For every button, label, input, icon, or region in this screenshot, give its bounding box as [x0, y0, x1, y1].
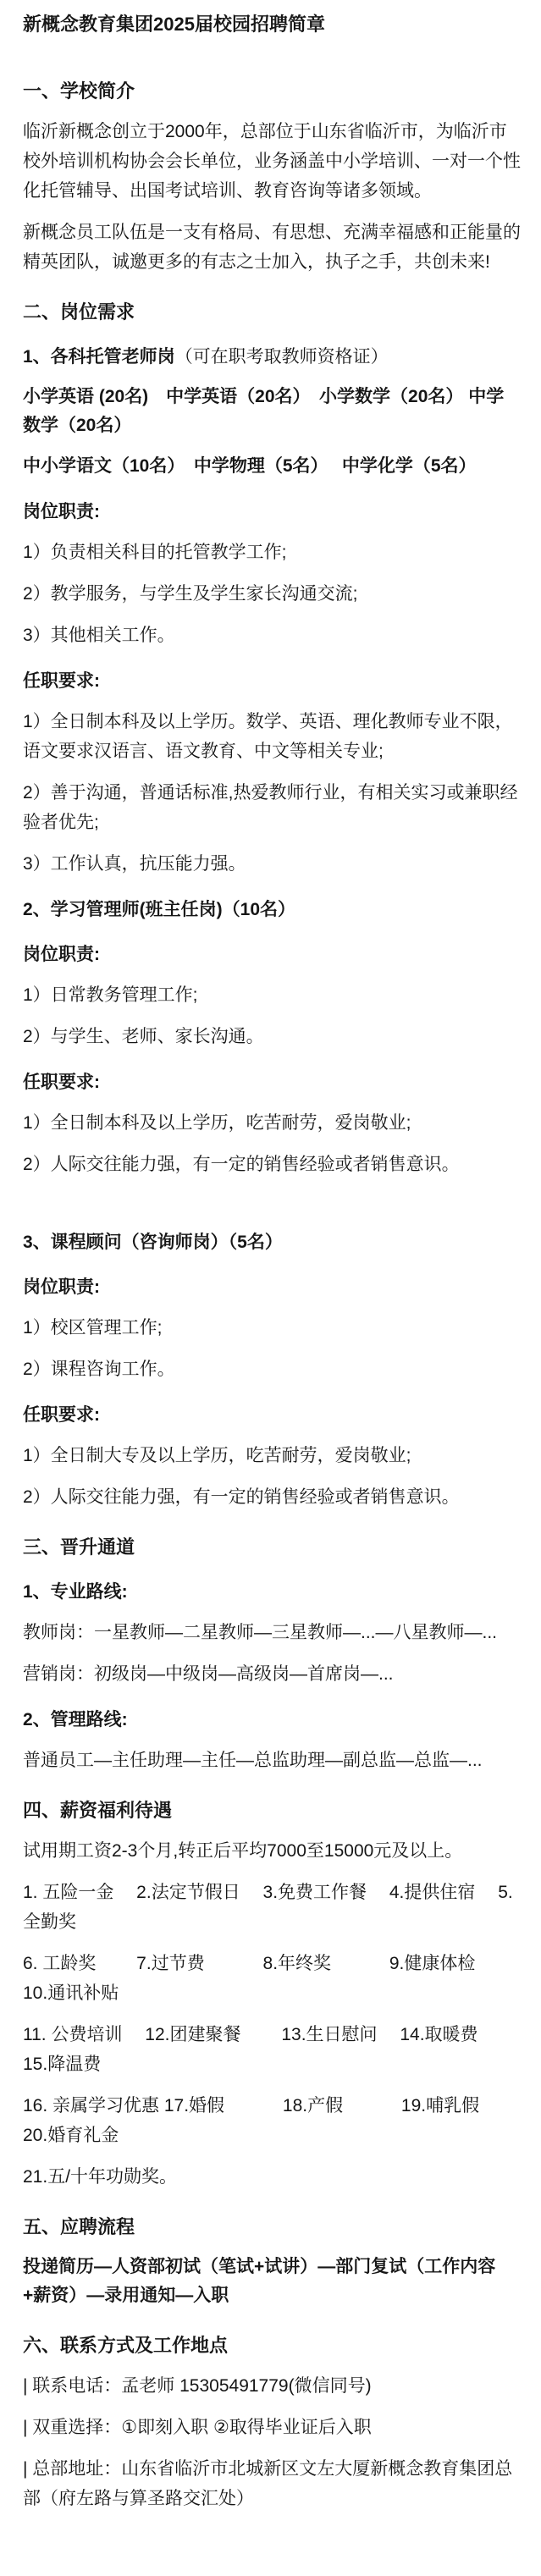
duty-item: 3）其他相关工作。: [23, 621, 521, 650]
duty-item: 2）与学生、老师、家长沟通。: [23, 1022, 521, 1051]
section-heading-hiring-process: 五、应聘流程: [23, 2214, 521, 2241]
benefit-line: 21.五/十年功勋奖。: [23, 2162, 521, 2192]
hiring-process-line: 投递简历—人资部初试（笔试+试讲）—部门复试（工作内容+薪资）—录用通知—入职: [23, 2253, 521, 2310]
requirement-item: 2）人际交往能力强，有一定的销售经验或者销售意识。: [23, 1482, 521, 1512]
section-heading-contact: 六、联系方式及工作地点: [23, 2332, 521, 2359]
benefit-line: 11. 公费培训 12.团建聚餐 13.生日慰问 14.取暖费 15.降温费: [23, 2020, 521, 2079]
duties-label: 岗位职责:: [23, 1273, 521, 1301]
promotion-route-label: 2、管理路线:: [23, 1706, 521, 1734]
section-heading-promotion: 三、晋升通道: [23, 1534, 521, 1561]
job-heading-tutor: 1、各科托管老师岗（可在职考取教师资格证）: [23, 343, 521, 371]
intro-paragraph: 新概念员工队伍是一支有格局、有思想、充满幸福感和正能量的精英团队，诚邀更多的有志…: [23, 218, 521, 277]
promotion-path-line: 教师岗：一星教师—二星教师—三星教师—...—八星教师—...: [23, 1618, 521, 1647]
document-title: 新概念教育集团2025届校园招聘简章: [23, 12, 521, 37]
duties-label: 岗位职责:: [23, 940, 521, 968]
duty-item: 1）校区管理工作;: [23, 1313, 521, 1343]
requirement-item: 1）全日制本科及以上学历，吃苦耐劳，爱岗敬业;: [23, 1108, 521, 1138]
position-quota-line: 中小学语文（10名） 中学物理（5名） 中学化学（5名）: [23, 452, 521, 481]
duty-item: 2）课程咨询工作。: [23, 1354, 521, 1384]
requirements-label: 任职要求:: [23, 1401, 521, 1429]
duty-item: 1）日常教务管理工作;: [23, 980, 521, 1010]
duty-item: 2）教学服务，与学生及学生家长沟通交流;: [23, 579, 521, 609]
subheading-bold-text: 1、各科托管老师岗: [23, 347, 175, 367]
intro-paragraph: 临沂新概念创立于2000年，总部位于山东省临沂市，为临沂市校外培训机构协会会长单…: [23, 117, 521, 206]
document-body: 一、学校简介临沂新概念创立于2000年，总部位于山东省临沂市，为临沂市校外培训机…: [23, 78, 521, 2513]
job-heading-course-consultant: 3、课程顾问（咨询师岗）（5名）: [23, 1228, 521, 1256]
requirements-label: 任职要求:: [23, 1068, 521, 1096]
duty-item: 1）负责相关科目的托管教学工作;: [23, 538, 521, 567]
benefit-line: 6. 工龄奖 7.过节费 8.年终奖 9.健康体检 10.通讯补贴: [23, 1949, 521, 2008]
requirement-item: 1）全日制本科及以上学历。数学、英语、理化教师专业不限，语文要求汉语言、语文教育…: [23, 707, 521, 766]
contact-address-line: | 总部地址：山东省临沂市北城新区文左大厦新概念教育集团总部（府左路与算圣路交汇…: [23, 2454, 521, 2513]
promotion-path-line: 营销岗：初级岗—中级岗—高级岗—首席岗—...: [23, 1659, 521, 1689]
requirement-item: 3）工作认真，抗压能力强。: [23, 849, 521, 879]
contact-choice-line: | 双重选择：①即刻入职 ②取得毕业证后入职: [23, 2413, 521, 2442]
section-heading-salary-benefits: 四、薪资福利待遇: [23, 1797, 521, 1824]
contact-phone-line: | 联系电话：孟老师 15305491779(微信同号): [23, 2371, 521, 2401]
promotion-route-label: 1、专业路线:: [23, 1578, 521, 1606]
requirement-item: 1）全日制大专及以上学历，吃苦耐劳，爱岗敬业;: [23, 1441, 521, 1470]
position-quota-line: 小学英语 (20名) 中学英语（20名） 小学数学（20名） 中学数学（20名）: [23, 383, 521, 440]
benefit-line: 1. 五险一金 2.法定节假日 3.免费工作餐 4.提供住宿 5.全勤奖: [23, 1878, 521, 1937]
benefit-line: 16. 亲属学习优惠 17.婚假 18.产假 19.哺乳假 20.婚育礼金: [23, 2091, 521, 2150]
promotion-path-line: 普通员工—主任助理—主任—总监助理—副总监—总监—...: [23, 1746, 521, 1775]
requirements-label: 任职要求:: [23, 667, 521, 695]
section-heading-positions: 二、岗位需求: [23, 299, 521, 326]
section-heading-school-intro: 一、学校简介: [23, 78, 521, 105]
requirement-item: 2）人际交往能力强，有一定的销售经验或者销售意识。: [23, 1150, 521, 1179]
subheading-regular-text: （可在职考取教师资格证）: [175, 347, 389, 367]
job-heading-learning-manager: 2、学习管理师(班主任岗)（10名）: [23, 896, 521, 924]
requirement-item: 2）善于沟通，普通话标准,热爱教师行业，有相关实习或兼职经验者优先;: [23, 778, 521, 837]
salary-line: 试用期工资2-3个月,转正后平均7000至15000元及以上。: [23, 1836, 521, 1866]
recruitment-document: 新概念教育集团2025届校园招聘简章 一、学校简介临沂新概念创立于2000年，总…: [0, 0, 541, 2576]
duties-label: 岗位职责:: [23, 498, 521, 526]
